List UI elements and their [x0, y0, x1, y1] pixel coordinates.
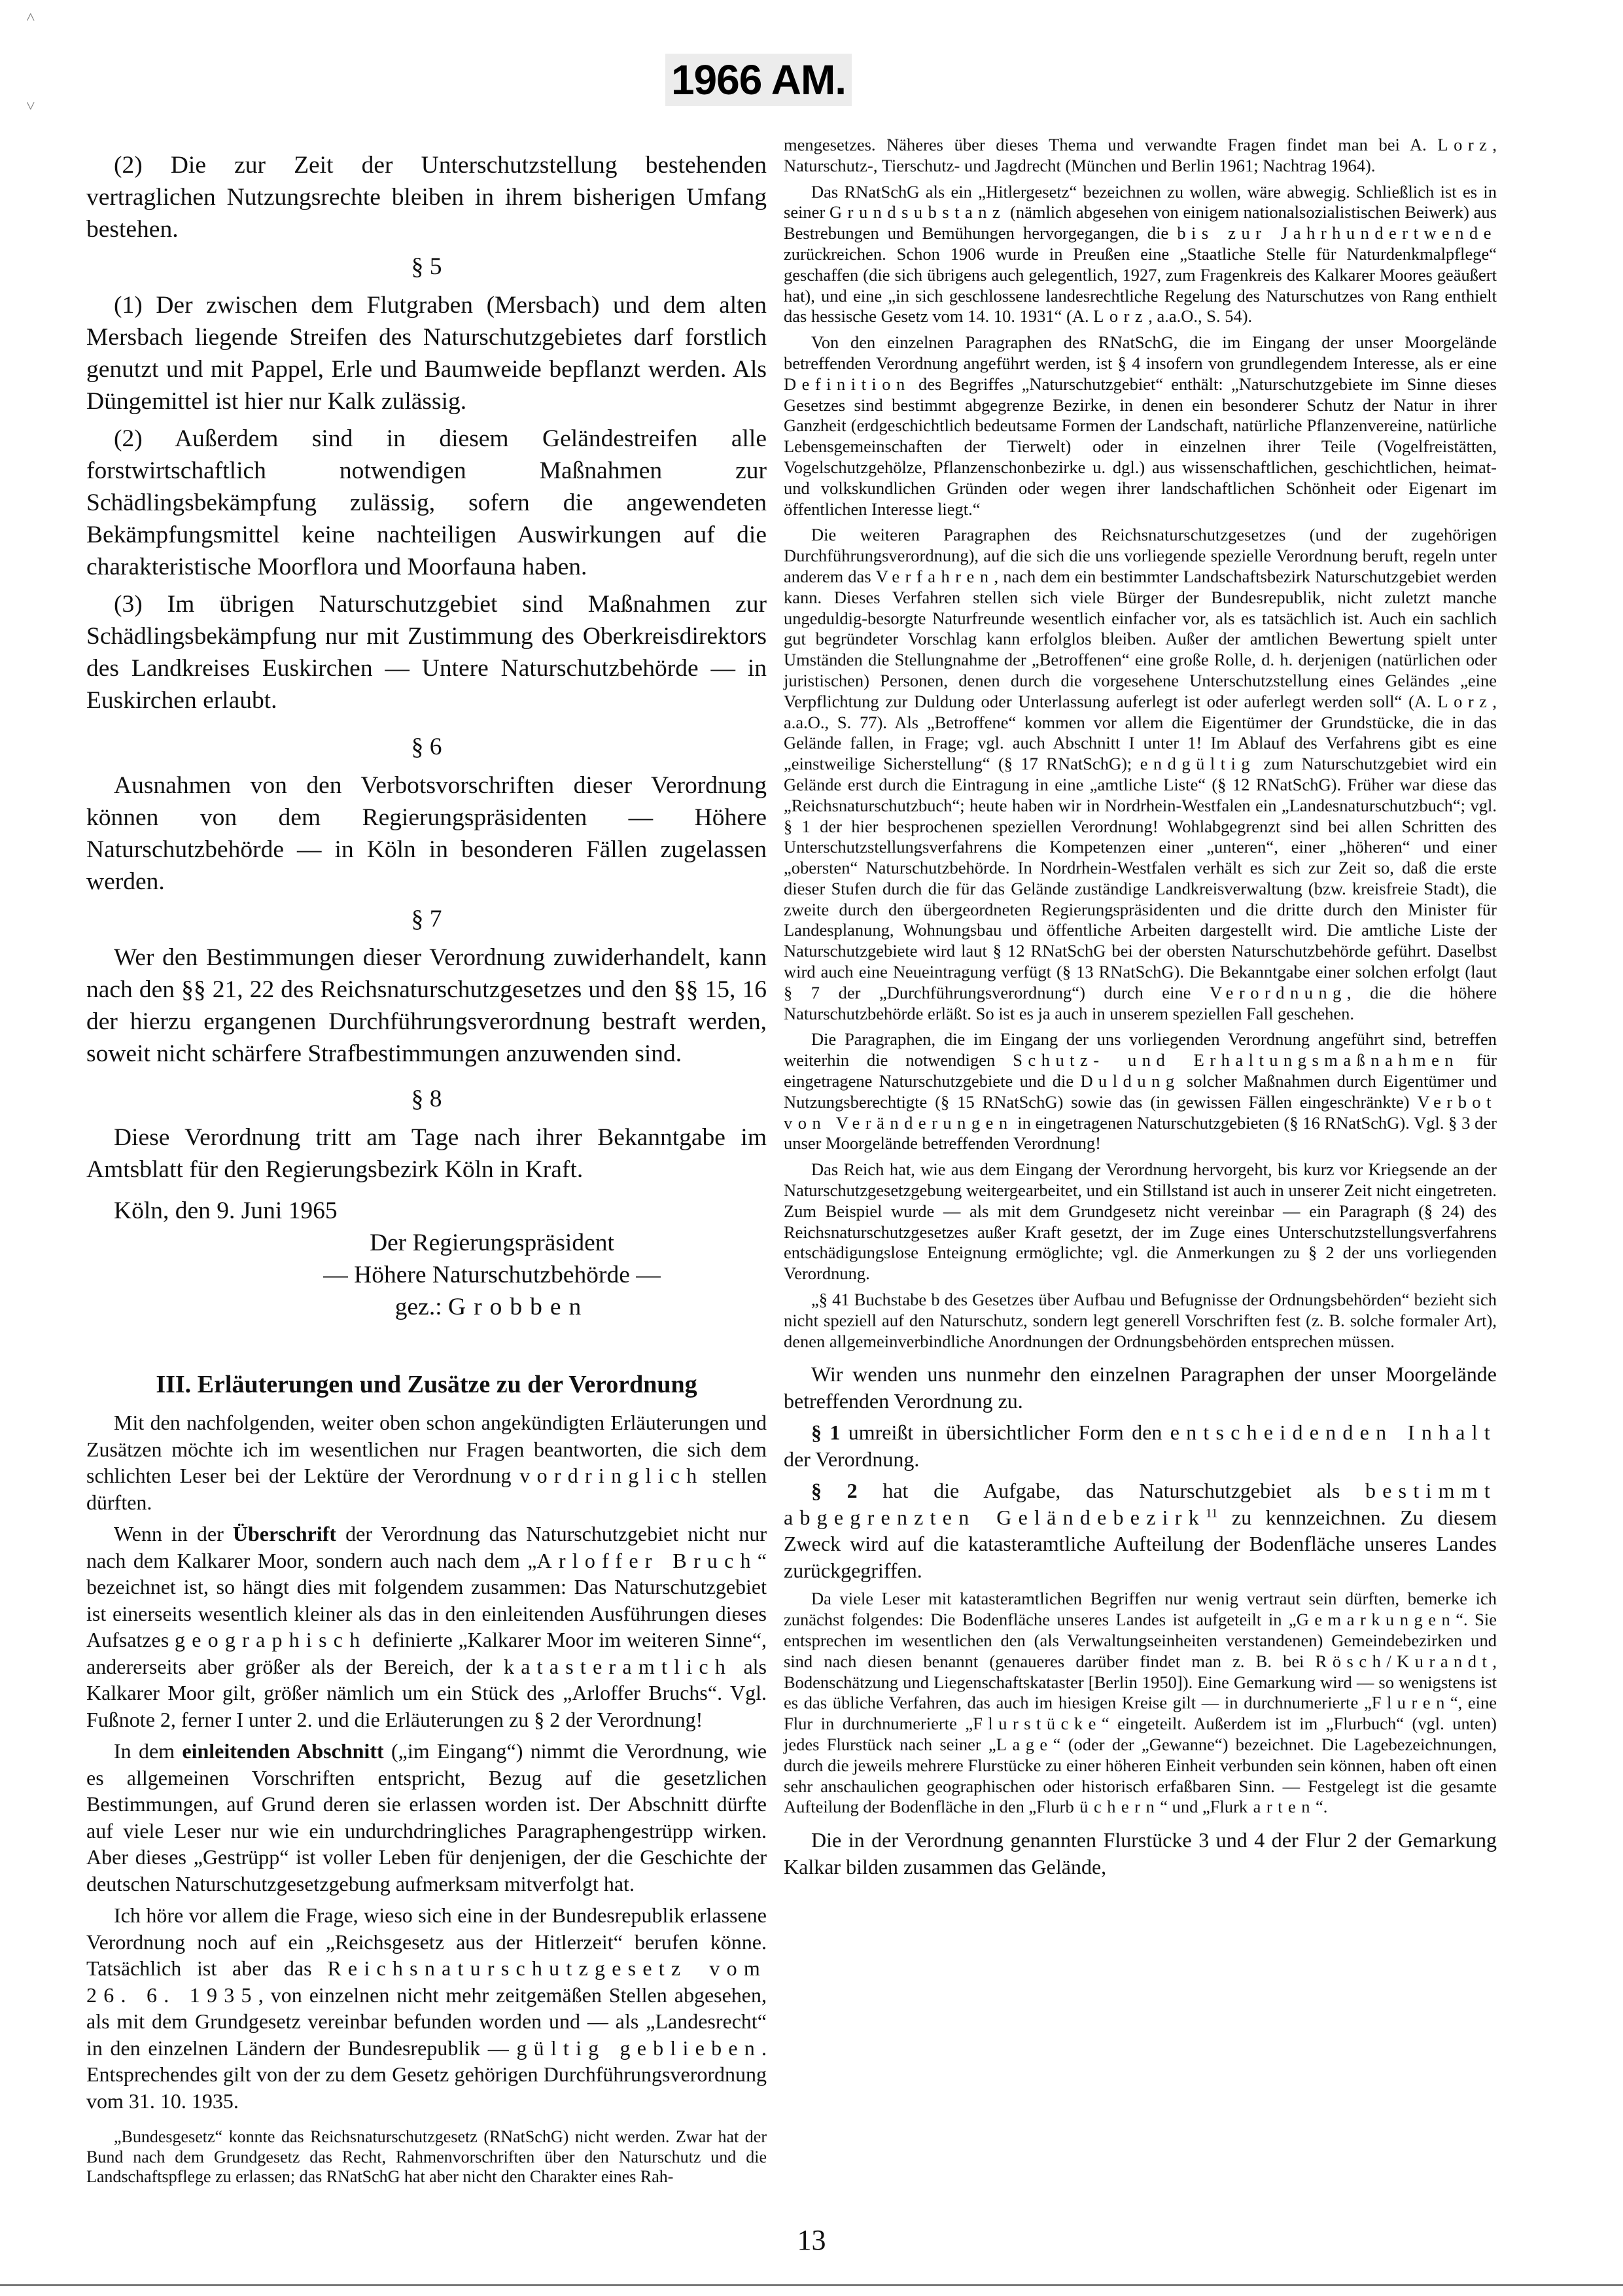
archive-year-label: 1966 AM.	[665, 54, 852, 106]
paragraph-5-1: (1) Der zwischen dem Flutgraben (Mersbac…	[86, 289, 767, 417]
signature-authority: — Höhere Naturschutzbehörde —	[283, 1259, 701, 1291]
footnote: „Bundesgesetz“ konnte das Reichsnatursch…	[86, 2127, 767, 2187]
paragraph-erl-2: Wenn in der Überschrift der Verordnung d…	[86, 1521, 767, 1733]
paragraph-section-1: § 1 umreißt in übersichtlicher Form den …	[784, 1419, 1497, 1472]
page-number: 13	[0, 2223, 1623, 2257]
paragraph-section-2: § 2 hat die Aufgabe, das Naturschutzgebi…	[784, 1477, 1497, 1583]
paragraph-4-2: (2) Die zur Zeit der Unterschutzstellung…	[86, 149, 767, 245]
section-heading-6: § 6	[86, 731, 767, 763]
paragraph-kataster: Da viele Leser mit katasteramtlichen Beg…	[784, 1589, 1497, 1818]
section-heading-8: § 8	[86, 1083, 767, 1115]
paragraph-erl-4: Ich höre vor allem die Frage, wieso sich…	[86, 1902, 767, 2114]
right-column: mengesetzes. Näheres über dieses Thema u…	[784, 135, 1497, 1880]
paragraph-erl-1: Mit den nachfolgenden, weiter oben schon…	[86, 1409, 767, 1515]
footnote-paragraph-hitlergesetz: Das RNatSchG als ein „Hitlergesetz“ beze…	[784, 182, 1497, 328]
footnote-paragraph-41: „§ 41 Buchstabe b des Gesetzes über Aufb…	[784, 1290, 1497, 1352]
paragraph-erl-3: In dem einleitenden Abschnitt („im Einga…	[86, 1738, 767, 1897]
paragraph-6: Ausnahmen von den Verbotsvorschriften di…	[86, 769, 767, 898]
signature-block: Der Regierungspräsident — Höhere Natursc…	[283, 1227, 701, 1323]
date-line: Köln, den 9. Juni 1965	[86, 1195, 767, 1227]
paragraph-7: Wer den Bestimmungen dieser Verordnung z…	[86, 942, 767, 1070]
section-heading-erlaeuterungen: III. Erläuterungen und Zusätze zu der Ve…	[86, 1369, 767, 1400]
section-heading-5: § 5	[86, 251, 767, 283]
paragraph-5-3: (3) Im übrigen Naturschutzgebiet sind Ma…	[86, 588, 767, 716]
paragraph-flurstuecke: Die in der Verordnung genannten Flurstüc…	[784, 1827, 1497, 1880]
scan-mark: ˅	[26, 98, 35, 116]
left-column: (2) Die zur Zeit der Unterschutzstellung…	[86, 149, 767, 2187]
signature-title: Der Regierungspräsident	[283, 1227, 701, 1259]
footnote-continuation: mengesetzes. Näheres über dieses Thema u…	[784, 135, 1497, 177]
footnote-paragraph-definition: Von den einzelnen Paragraphen des RNatSc…	[784, 332, 1497, 520]
section-heading-7: § 7	[86, 903, 767, 935]
footnote-paragraph-reich: Das Reich hat, wie aus dem Eingang der V…	[784, 1159, 1497, 1284]
paragraph-8: Diese Verordnung tritt am Tage nach ihre…	[86, 1122, 767, 1186]
paragraph-5-2: (2) Außerdem sind in diesem Geländestrei…	[86, 423, 767, 583]
scan-mark: ˄	[26, 9, 35, 27]
paragraph-wir-wenden: Wir wenden uns nunmehr den einzelnen Par…	[784, 1361, 1497, 1414]
footnote-paragraph-schutzmassnahmen: Die Paragraphen, die im Eingang der uns …	[784, 1029, 1497, 1154]
footnote-paragraph-verfahren: Die weiteren Paragraphen des Reichsnatur…	[784, 525, 1497, 1024]
scan-edge-line	[0, 2284, 1623, 2286]
signature-name: gez.: Grobben	[283, 1291, 701, 1323]
